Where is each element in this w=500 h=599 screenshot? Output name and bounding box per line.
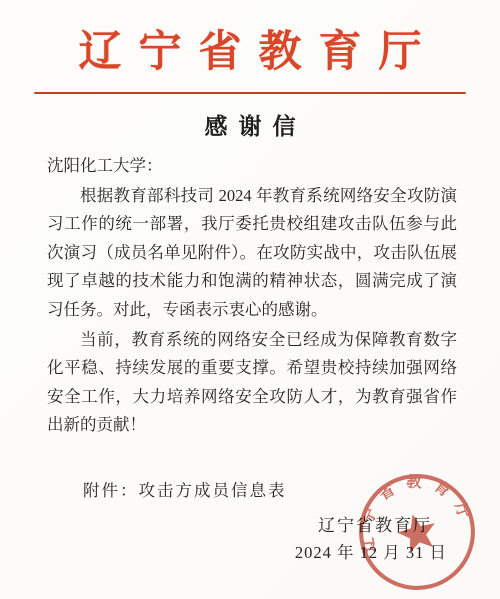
body-paragraph-1: 根据教育部科技司 2024 年教育系统网络安全攻防演习工作的统一部署，我厅委托贵… <box>47 182 457 325</box>
signature-org: 辽宁省教育厅 <box>318 511 432 536</box>
body-paragraph-2: 当前，教育系统的网络安全已经成为保障教育数字化平稳、持续发展的重要支撑。希望贵校… <box>47 326 457 440</box>
document-title: 感谢信 <box>0 108 500 141</box>
letter-page: 辽宁省教育厅 感谢信 沈阳化工大学： 根据教育部科技司 2024 年教育系统网络… <box>0 0 500 599</box>
signature-date: 2024 年 12 月 31 日 <box>295 539 447 563</box>
recipient-line: 沈阳化工大学： <box>47 152 457 181</box>
letter-body: 沈阳化工大学： 根据教育部科技司 2024 年教育系统网络安全攻防演习工作的统一… <box>0 152 500 506</box>
letterhead-divider <box>34 92 466 94</box>
attachment-line: 附件：攻击方成员信息表 <box>83 477 457 506</box>
letterhead-title: 辽宁省教育厅 <box>0 27 500 79</box>
